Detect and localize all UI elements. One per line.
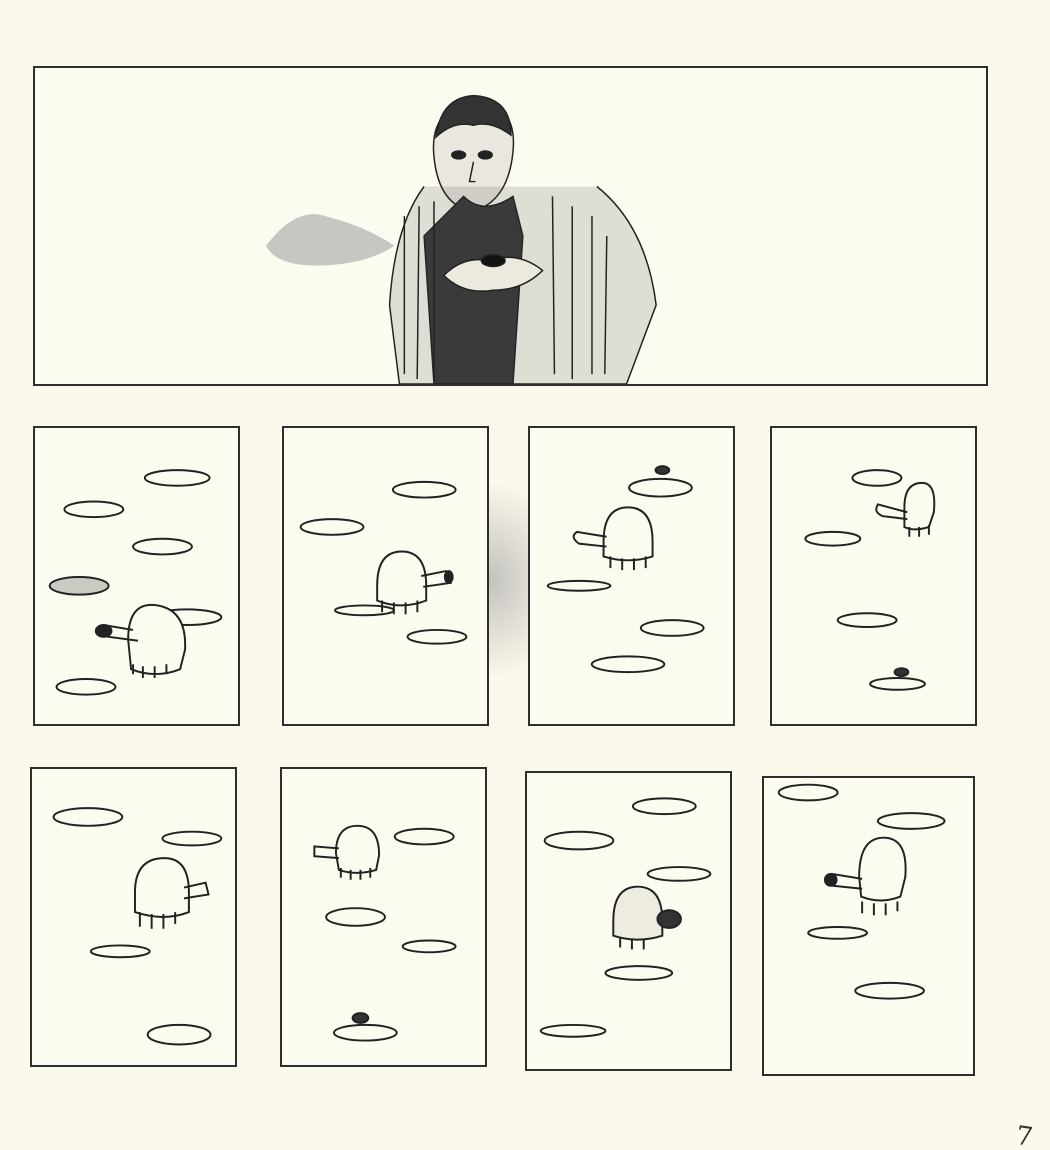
game-scene-drawing [32,769,235,1065]
panel-r2c1 [30,767,237,1067]
game-scene-drawing [284,428,487,724]
game-scene-drawing [772,428,975,724]
game-scene-drawing [530,428,733,724]
game-scene-drawing [35,428,238,724]
game-scene-drawing [527,773,730,1069]
panel-r2c4 [762,776,975,1076]
panel-r1c4 [770,426,977,726]
game-scene-drawing [764,778,973,1074]
panel-r2c2 [280,767,487,1067]
panel-r1c3 [528,426,735,726]
panel-top [33,66,988,386]
panel-r1c2 [282,426,489,726]
page-number: 7 [1014,1121,1035,1150]
panel-r2c3 [525,771,732,1071]
game-scene-drawing [282,769,485,1065]
panel-r1c1 [33,426,240,726]
man-with-phone-drawing [35,68,986,384]
